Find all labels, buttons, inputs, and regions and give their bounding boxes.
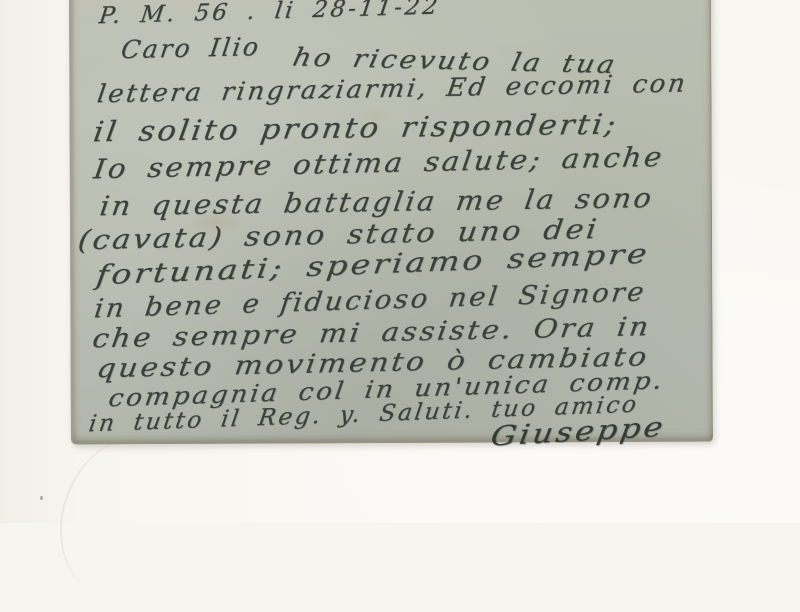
postcard: P. M. 56 . li 28-11-22 Caro Ilio ho rice… bbox=[69, 0, 713, 444]
handwritten-line: il solito pronto risponderti; bbox=[91, 107, 620, 148]
dust-speck bbox=[40, 496, 43, 500]
postcard-left-edge bbox=[69, 0, 76, 444]
salutation-line: Caro Ilio bbox=[119, 32, 262, 64]
handwritten-line: Io sempre ottima salute; anche bbox=[92, 142, 666, 186]
date-line: P. M. 56 . li 28-11-22 bbox=[97, 0, 441, 29]
handwritten-line: lettera ringraziarmi, Ed eccomi con bbox=[95, 68, 689, 108]
